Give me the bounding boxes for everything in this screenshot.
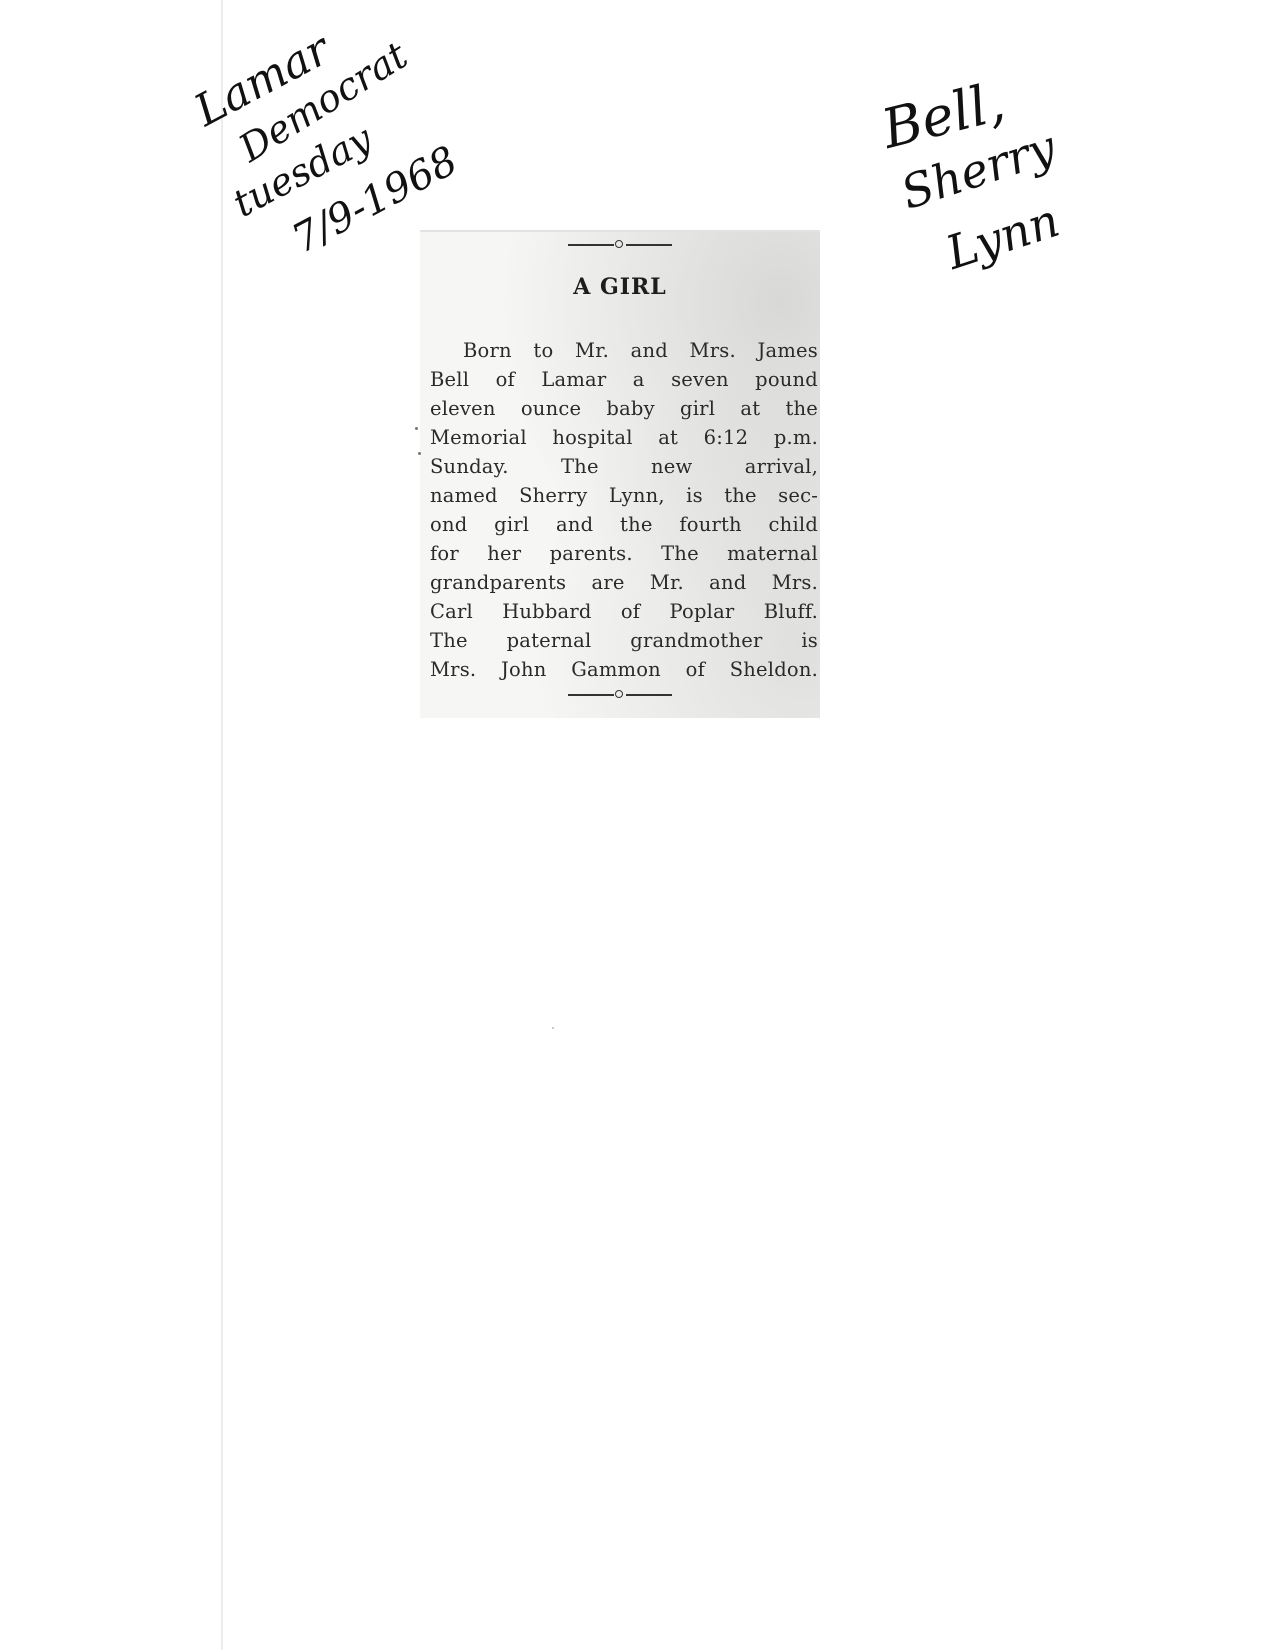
- divider-rule: [626, 244, 672, 246]
- divider-circle-icon: [615, 240, 623, 248]
- note-line-middle-name: Lynn: [941, 197, 1065, 276]
- clipping-top-edge: [420, 230, 820, 232]
- ornament-divider-top: [560, 240, 680, 250]
- handwritten-source-note: Lamar Democrat tuesday 7/9-1968: [205, 70, 465, 250]
- body-line: Bell of Lamar a seven pound: [430, 365, 818, 394]
- body-line: for her parents. The maternal: [430, 539, 818, 568]
- body-line: Sunday. The new arrival,: [430, 452, 818, 481]
- body-line: The paternal grandmother is: [430, 626, 818, 655]
- body-line: grandparents are Mr. and Mrs.: [430, 568, 818, 597]
- body-line: Born to Mr. and Mrs. James: [430, 336, 818, 365]
- body-line: Mrs. John Gammon of Sheldon.: [430, 655, 818, 684]
- ornament-divider-bottom: [560, 690, 680, 700]
- clipping-headline: A GIRL: [420, 274, 820, 300]
- body-line: ond girl and the fourth child: [430, 510, 818, 539]
- divider-rule: [626, 694, 672, 696]
- divider-rule: [568, 244, 614, 246]
- scan-speck: [552, 1027, 554, 1029]
- body-line: eleven ounce baby girl at the: [430, 394, 818, 423]
- clipping-body: Born to Mr. and Mrs. James Bell of Lamar…: [430, 336, 818, 684]
- divider-circle-icon: [615, 690, 623, 698]
- scan-speck: [418, 452, 421, 455]
- body-line: Carl Hubbard of Poplar Bluff.: [430, 597, 818, 626]
- body-line: named Sherry Lynn, is the sec-: [430, 481, 818, 510]
- newspaper-clipping: A GIRL Born to Mr. and Mrs. James Bell o…: [420, 230, 820, 718]
- handwritten-name-note: Bell, Sherry Lynn: [890, 95, 1110, 295]
- divider-rule: [568, 694, 614, 696]
- scan-speck: [415, 427, 418, 430]
- body-line: Memorial hospital at 6:12 p.m.: [430, 423, 818, 452]
